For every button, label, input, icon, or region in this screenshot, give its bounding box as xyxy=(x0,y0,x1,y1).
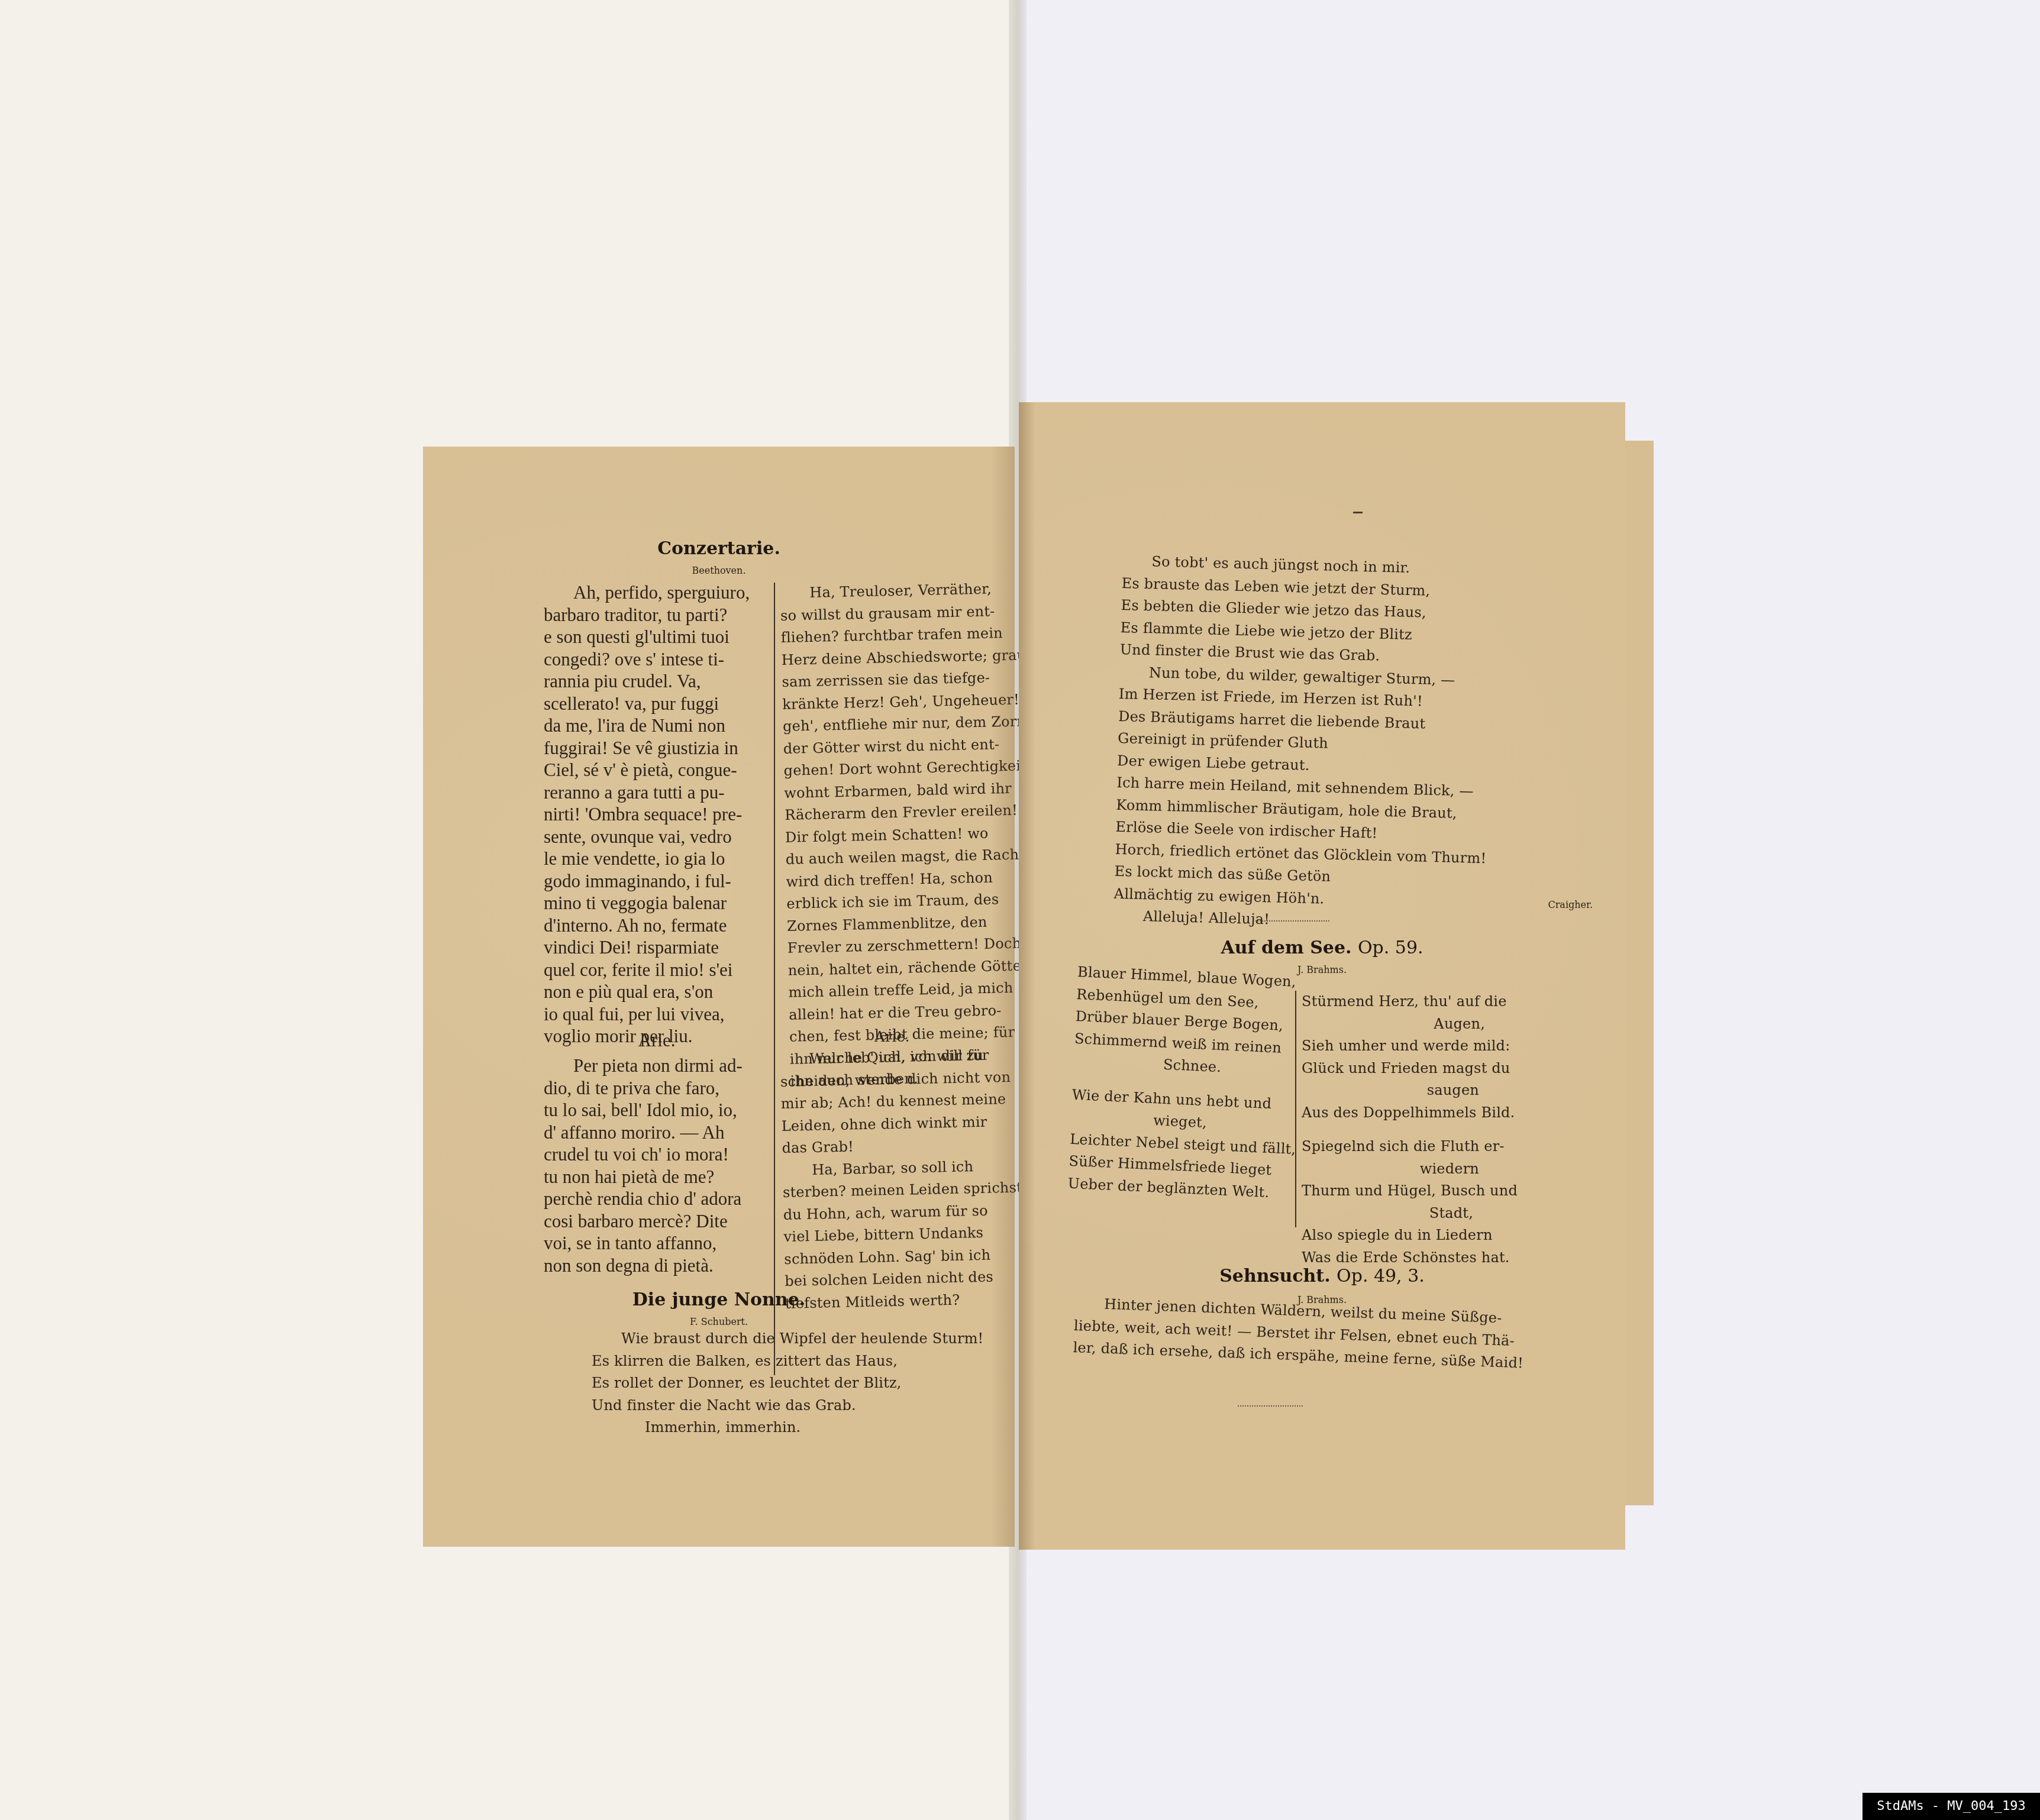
section-separator xyxy=(1255,917,1329,922)
auf-dem-see-right-stanzas: Stürmend Herz, thu' auf die Augen, Sieh … xyxy=(1302,991,1515,1269)
nonne-author: Craigher. xyxy=(1504,899,1593,910)
arie-italian-text: Per pieta non dirmi ad- dio, di te priva… xyxy=(544,1055,770,1276)
arie-german-text: Welche Qual, von dir zu scheiden, wende … xyxy=(780,1044,1010,1315)
konzertarie-composer: Beethoven. xyxy=(423,565,1015,576)
sehnsucht-opus: Op. 49, 3. xyxy=(1337,1266,1425,1286)
junge-nonne-title: Die junge Nonne. xyxy=(423,1289,1015,1310)
right-page: So tobt' es auch jüngst noch in mir. Es … xyxy=(1019,402,1625,1550)
scan-label: StdAMs - MV_004_193 xyxy=(1863,1793,2040,1820)
konzertarie-german-text: Ha, Treuloser, Verräther, so willst du g… xyxy=(780,578,1015,1092)
konzertarie-italian-text: Ah, perfido, sperguiuro, barbaro tradito… xyxy=(544,581,770,1048)
konzertarie-title: Conzertarie. xyxy=(423,538,1015,559)
auf-dem-see-heading: Auf dem See. Op. 59. xyxy=(1019,938,1625,958)
auf-dem-see-left-stanzas: Blauer Himmel, blaue Wogen, Rebenhügel u… xyxy=(1067,961,1291,1204)
auf-dem-see-title: Auf dem See. xyxy=(1221,938,1351,958)
sehnsucht-heading: Sehnsucht. Op. 49, 3. xyxy=(1019,1266,1625,1286)
left-page: Conzertarie. Beethoven. Ah, perfido, spe… xyxy=(423,447,1015,1547)
junge-nonne-composer: F. Schubert. xyxy=(423,1316,1015,1327)
arie-italian-title: Arie. xyxy=(544,1029,770,1052)
page-mark xyxy=(1353,512,1363,513)
junge-nonne-text: Wie braust durch die Wipfel der heulende… xyxy=(592,1328,1006,1439)
auf-dem-see-opus: Op. 59. xyxy=(1358,938,1424,958)
section-separator xyxy=(1238,1402,1303,1407)
sehnsucht-title: Sehnsucht. xyxy=(1219,1266,1330,1286)
column-divider xyxy=(1295,991,1296,1227)
nonne-continued-text: So tobt' es auch jüngst noch in mir. Es … xyxy=(1113,550,1583,938)
column-divider xyxy=(774,583,775,1375)
